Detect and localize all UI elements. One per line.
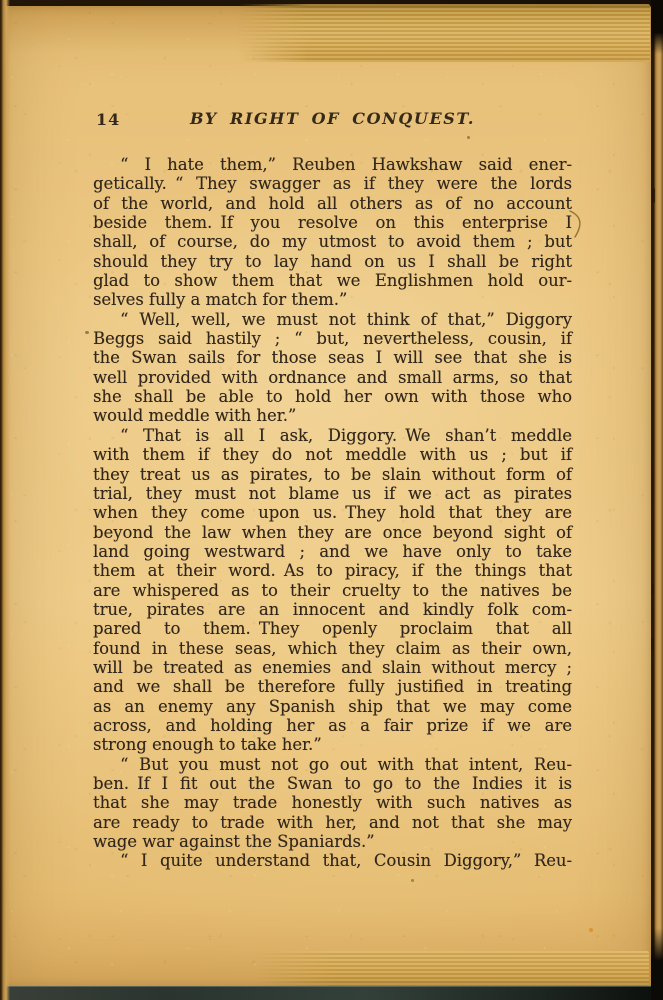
text-line: found in these seas, which they claim as… (93, 639, 572, 658)
running-title: BY RIGHT OF CONQUEST. (93, 109, 572, 128)
text-line: wage war against the Spaniards.” (93, 832, 572, 851)
text-line: with them if they do not meddle with us … (93, 445, 572, 464)
text-line: they treat us as pirates, to be slain wi… (93, 465, 572, 484)
page-content: 14 BY RIGHT OF CONQUEST. “ I hate them,”… (93, 109, 572, 871)
text-line: glad to show them that we Englishmen hol… (93, 271, 572, 290)
text-line: “ Well, well, we must not think of that,… (93, 310, 572, 329)
edge-shadow-mark (652, 188, 655, 203)
text-line: “ But you must not go out with that inte… (93, 755, 572, 774)
text-line: of the world, and hold all others as of … (93, 194, 572, 213)
text-block: “ I hate them,” Reuben Hawkshaw said ene… (93, 155, 572, 871)
paper-speck (589, 928, 593, 932)
text-line: “ I hate them,” Reuben Hawkshaw said ene… (93, 155, 572, 174)
text-line: well provided with ordnance and small ar… (93, 368, 572, 387)
edge-shadow-mark (652, 584, 654, 594)
text-line: the Swan sails for those seas I will see… (93, 348, 572, 367)
text-line: should they try to lay hand on us I shal… (93, 252, 572, 271)
edge-shadow-mark (651, 638, 654, 651)
text-line: beside them. If you resolve on this ente… (93, 213, 572, 232)
text-line: trial, they must not blame us if we act … (93, 484, 572, 503)
text-line: pared to them. They openly proclaim that… (93, 619, 572, 638)
book-page-scan: 14 BY RIGHT OF CONQUEST. “ I hate them,”… (0, 0, 663, 1000)
text-line: when they come upon us. They hold that t… (93, 503, 572, 522)
text-line: as an enemy any Spanish ship that we may… (93, 697, 572, 716)
text-line: strong enough to take her.” (93, 735, 572, 754)
text-line: “ I quite understand that, Cousin Diggor… (93, 851, 572, 870)
text-line: and we shall be therefore fully justifie… (93, 677, 572, 696)
text-line: will be treated as enemies and slain wit… (93, 658, 572, 677)
text-line: across, and holding her as a fair prize … (93, 716, 572, 735)
text-line: that she may trade honestly with such na… (93, 793, 572, 812)
text-line: shall, of course, do my utmost to avoid … (93, 232, 572, 251)
page-fore-edge-bottom (255, 951, 649, 988)
paper-speck (411, 879, 414, 882)
text-line: are whispered as to their cruelty to the… (93, 581, 572, 600)
book-edge-bottom (0, 986, 663, 1000)
book-edge-left (0, 0, 10, 1000)
text-line: ben. If I fit out the Swan to go to the … (93, 774, 572, 793)
text-line: beyond the law when they are once beyond… (93, 523, 572, 542)
text-line: land going westward ; and we have only t… (93, 542, 572, 561)
text-line: Beggs said hastily ; “ but, nevertheless… (93, 329, 572, 348)
text-line: selves fully a match for them.” (93, 290, 572, 309)
text-line: “ That is all I ask, Diggory. We shan’t … (93, 426, 572, 445)
text-line: would meddle with her.” (93, 406, 572, 425)
text-line: are ready to trade with her, and not tha… (93, 813, 572, 832)
text-line: them at their word. As to piracy, if the… (93, 561, 572, 580)
book-edge-right (651, 0, 663, 1000)
paper-speck (85, 331, 89, 334)
text-line: she shall be able to hold her own with t… (93, 387, 572, 406)
page-header: 14 BY RIGHT OF CONQUEST. (93, 109, 572, 130)
text-line: getically. “ They swagger as if they wer… (93, 174, 572, 193)
text-line: true, pirates are an innocent and kindly… (93, 600, 572, 619)
page-fore-edge-top (238, 4, 650, 62)
page-number: 14 (96, 110, 120, 129)
